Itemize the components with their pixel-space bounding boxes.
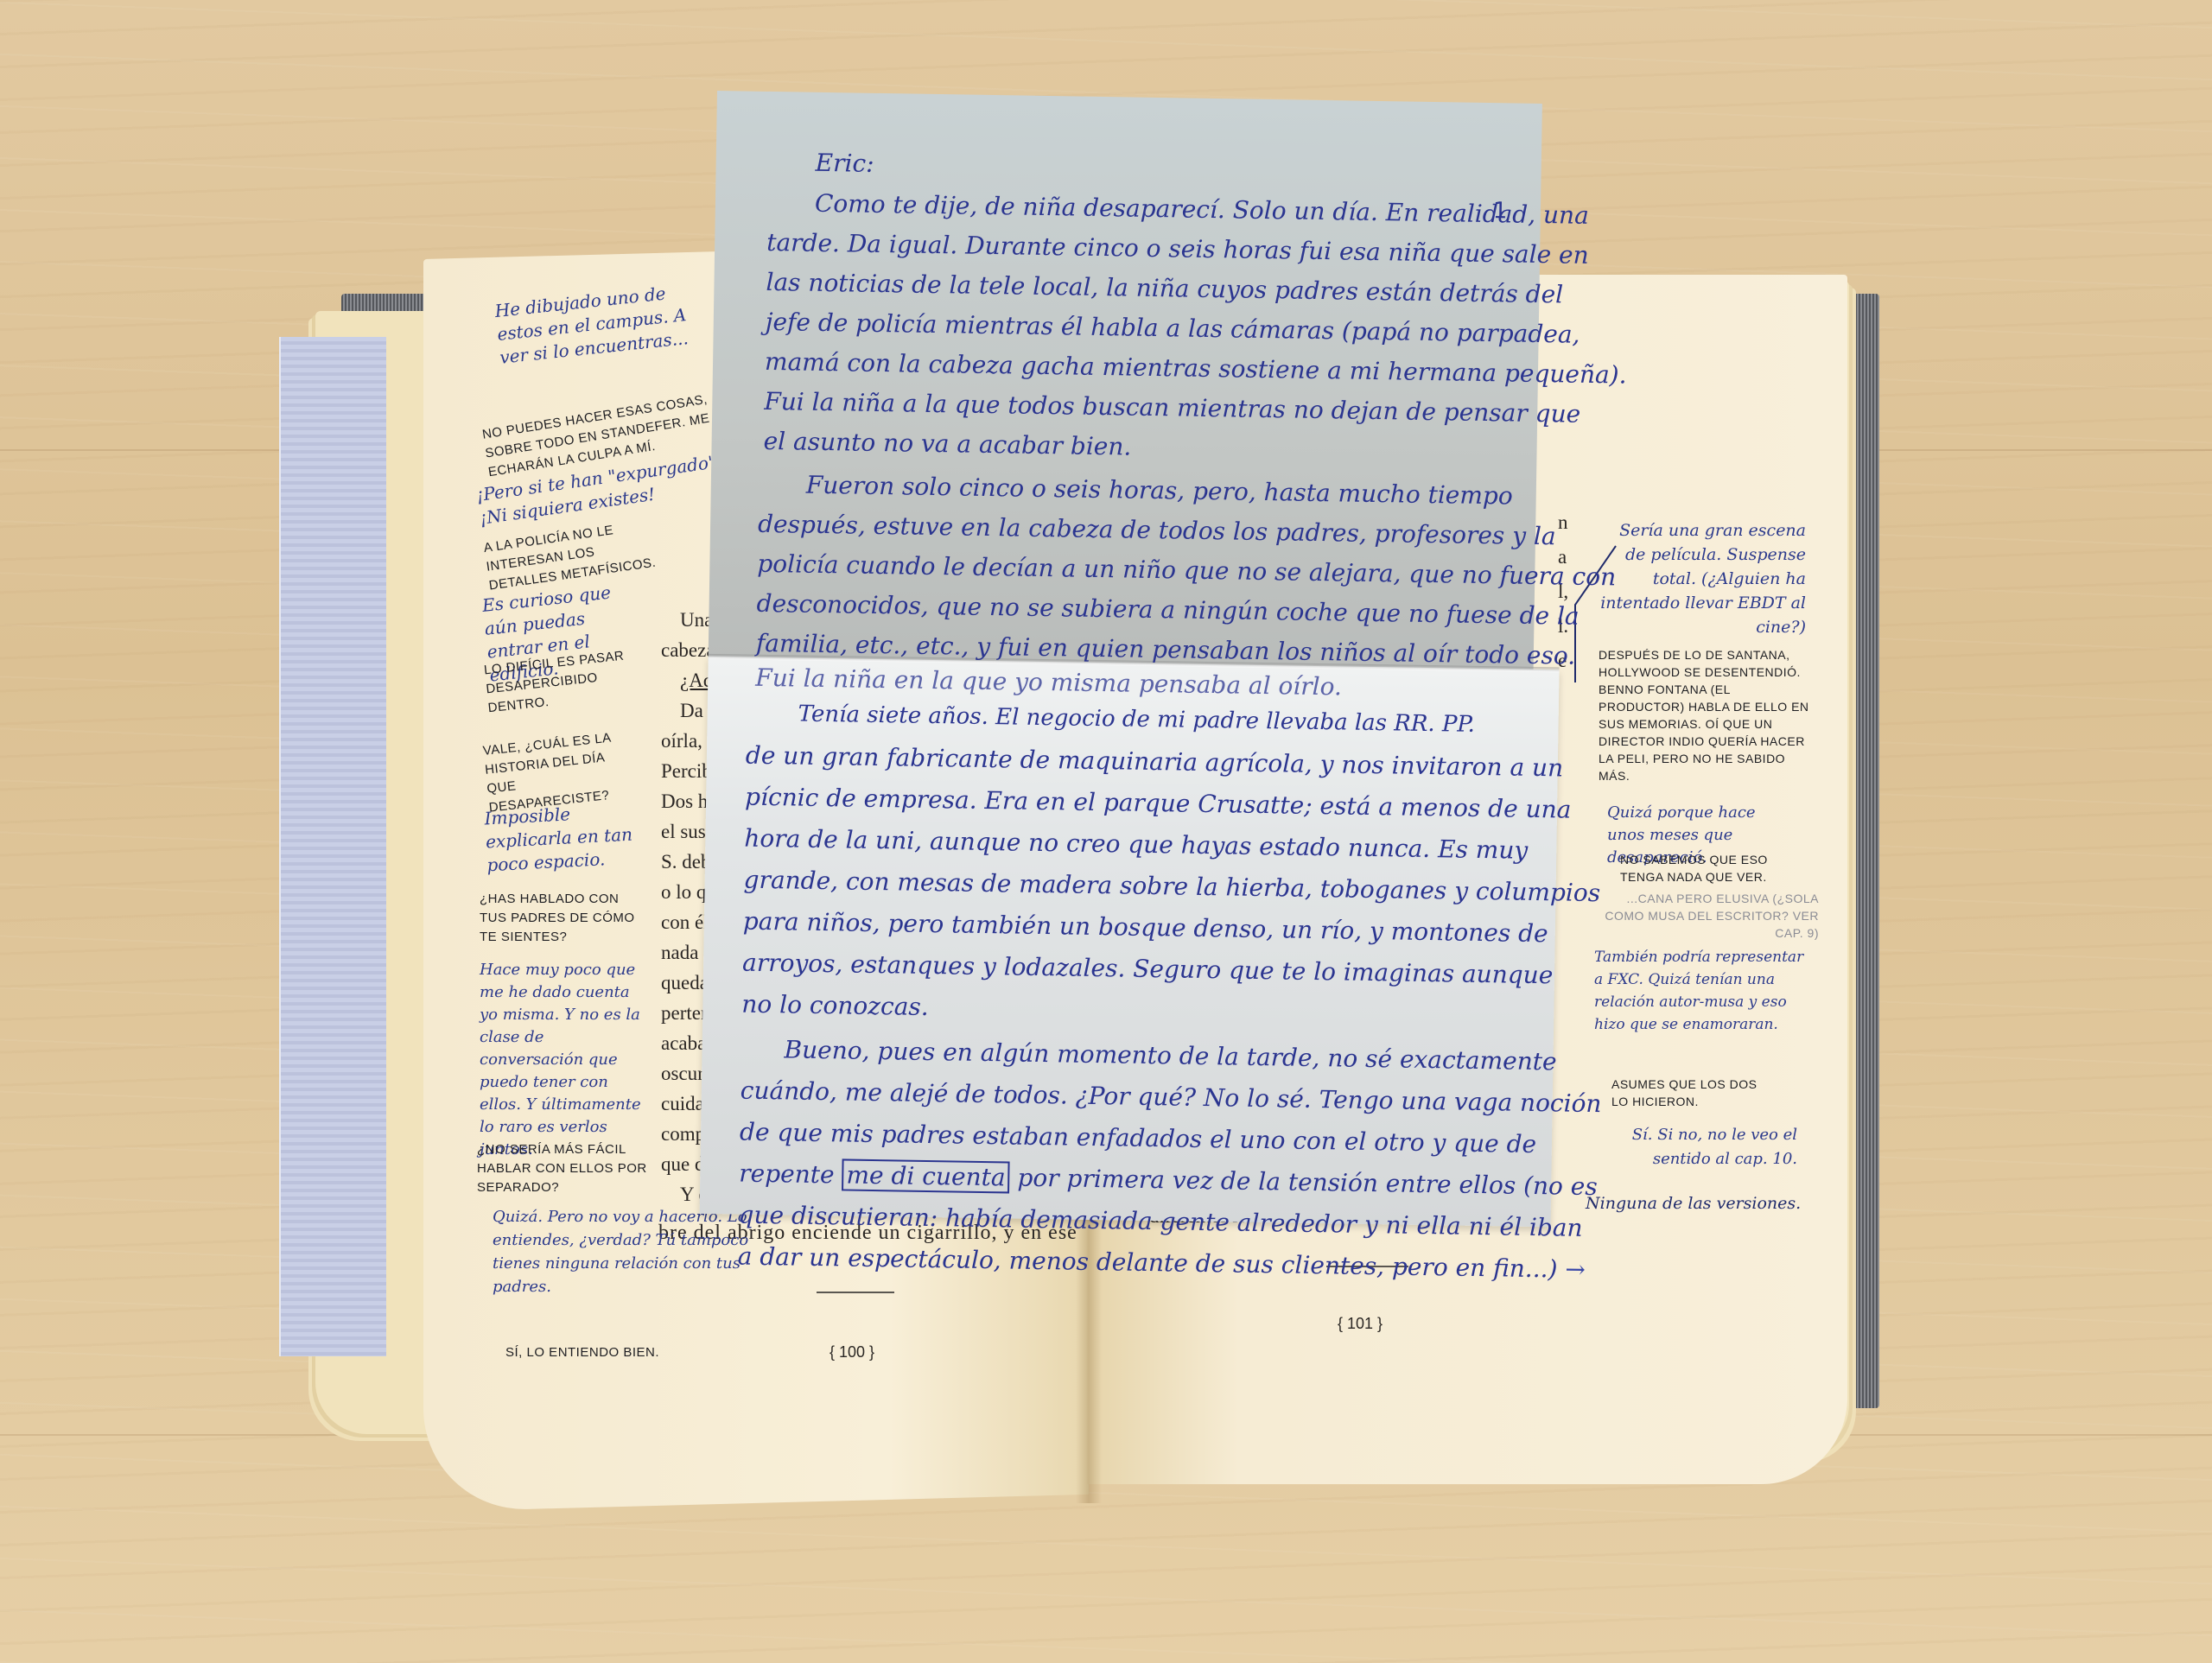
continue-arrow-icon: →	[1565, 1255, 1586, 1284]
handwritten-letter[interactable]: 1 Eric: Como te dije, de niña desaparecí…	[700, 91, 1542, 1231]
margin-note: Imposible explicarla en tan poco espacio…	[484, 800, 634, 878]
margin-note: ¿Has hablado con tus padres de cómo te s…	[480, 890, 635, 947]
margin-note: Ninguna de las versiones.	[1586, 1192, 1810, 1216]
margin-note: ¿No sería más fácil hablar con ellos por…	[477, 1140, 650, 1197]
margin-note: Asumes que los dos lo hicieron.	[1611, 1076, 1767, 1110]
letter-line: el asunto no va a acabar bien.	[763, 427, 1131, 461]
bookmark-strip	[279, 337, 386, 1356]
printed-line: n	[1558, 505, 1584, 540]
margin-note: Sería una gran escena de película. Suspe…	[1599, 518, 1806, 639]
letter-greeting: Eric:	[815, 149, 874, 178]
margin-note: También podría representar a FXC. Quizá …	[1594, 946, 1810, 1036]
margin-note: No sabemos que eso tenga nada que ver.	[1620, 851, 1810, 885]
page-number-right: { 101 }	[1338, 1315, 1382, 1333]
margin-note: Quizá. Pero no voy a hacerlo. Lo entiend…	[493, 1205, 778, 1298]
page-number-left: { 100 }	[829, 1343, 874, 1362]
margin-note: Sí. Si no, no le veo el sentido al cap. …	[1624, 1123, 1797, 1171]
footnote-rule	[817, 1292, 894, 1293]
boxed-phrase: me di cuenta	[842, 1158, 1010, 1193]
margin-note: Después de lo de Santana, Hollywood se d…	[1599, 646, 1815, 784]
margin-note: Sí, lo entiendo bien.	[505, 1343, 713, 1362]
letter-line: no lo conozcas.	[741, 990, 929, 1021]
margin-note: Hace muy poco que me he dado cuenta yo m…	[480, 959, 652, 1161]
margin-note: ...cana pero elusiva (¿sola como musa de…	[1586, 890, 1819, 942]
letter-text: repente	[739, 1159, 835, 1190]
